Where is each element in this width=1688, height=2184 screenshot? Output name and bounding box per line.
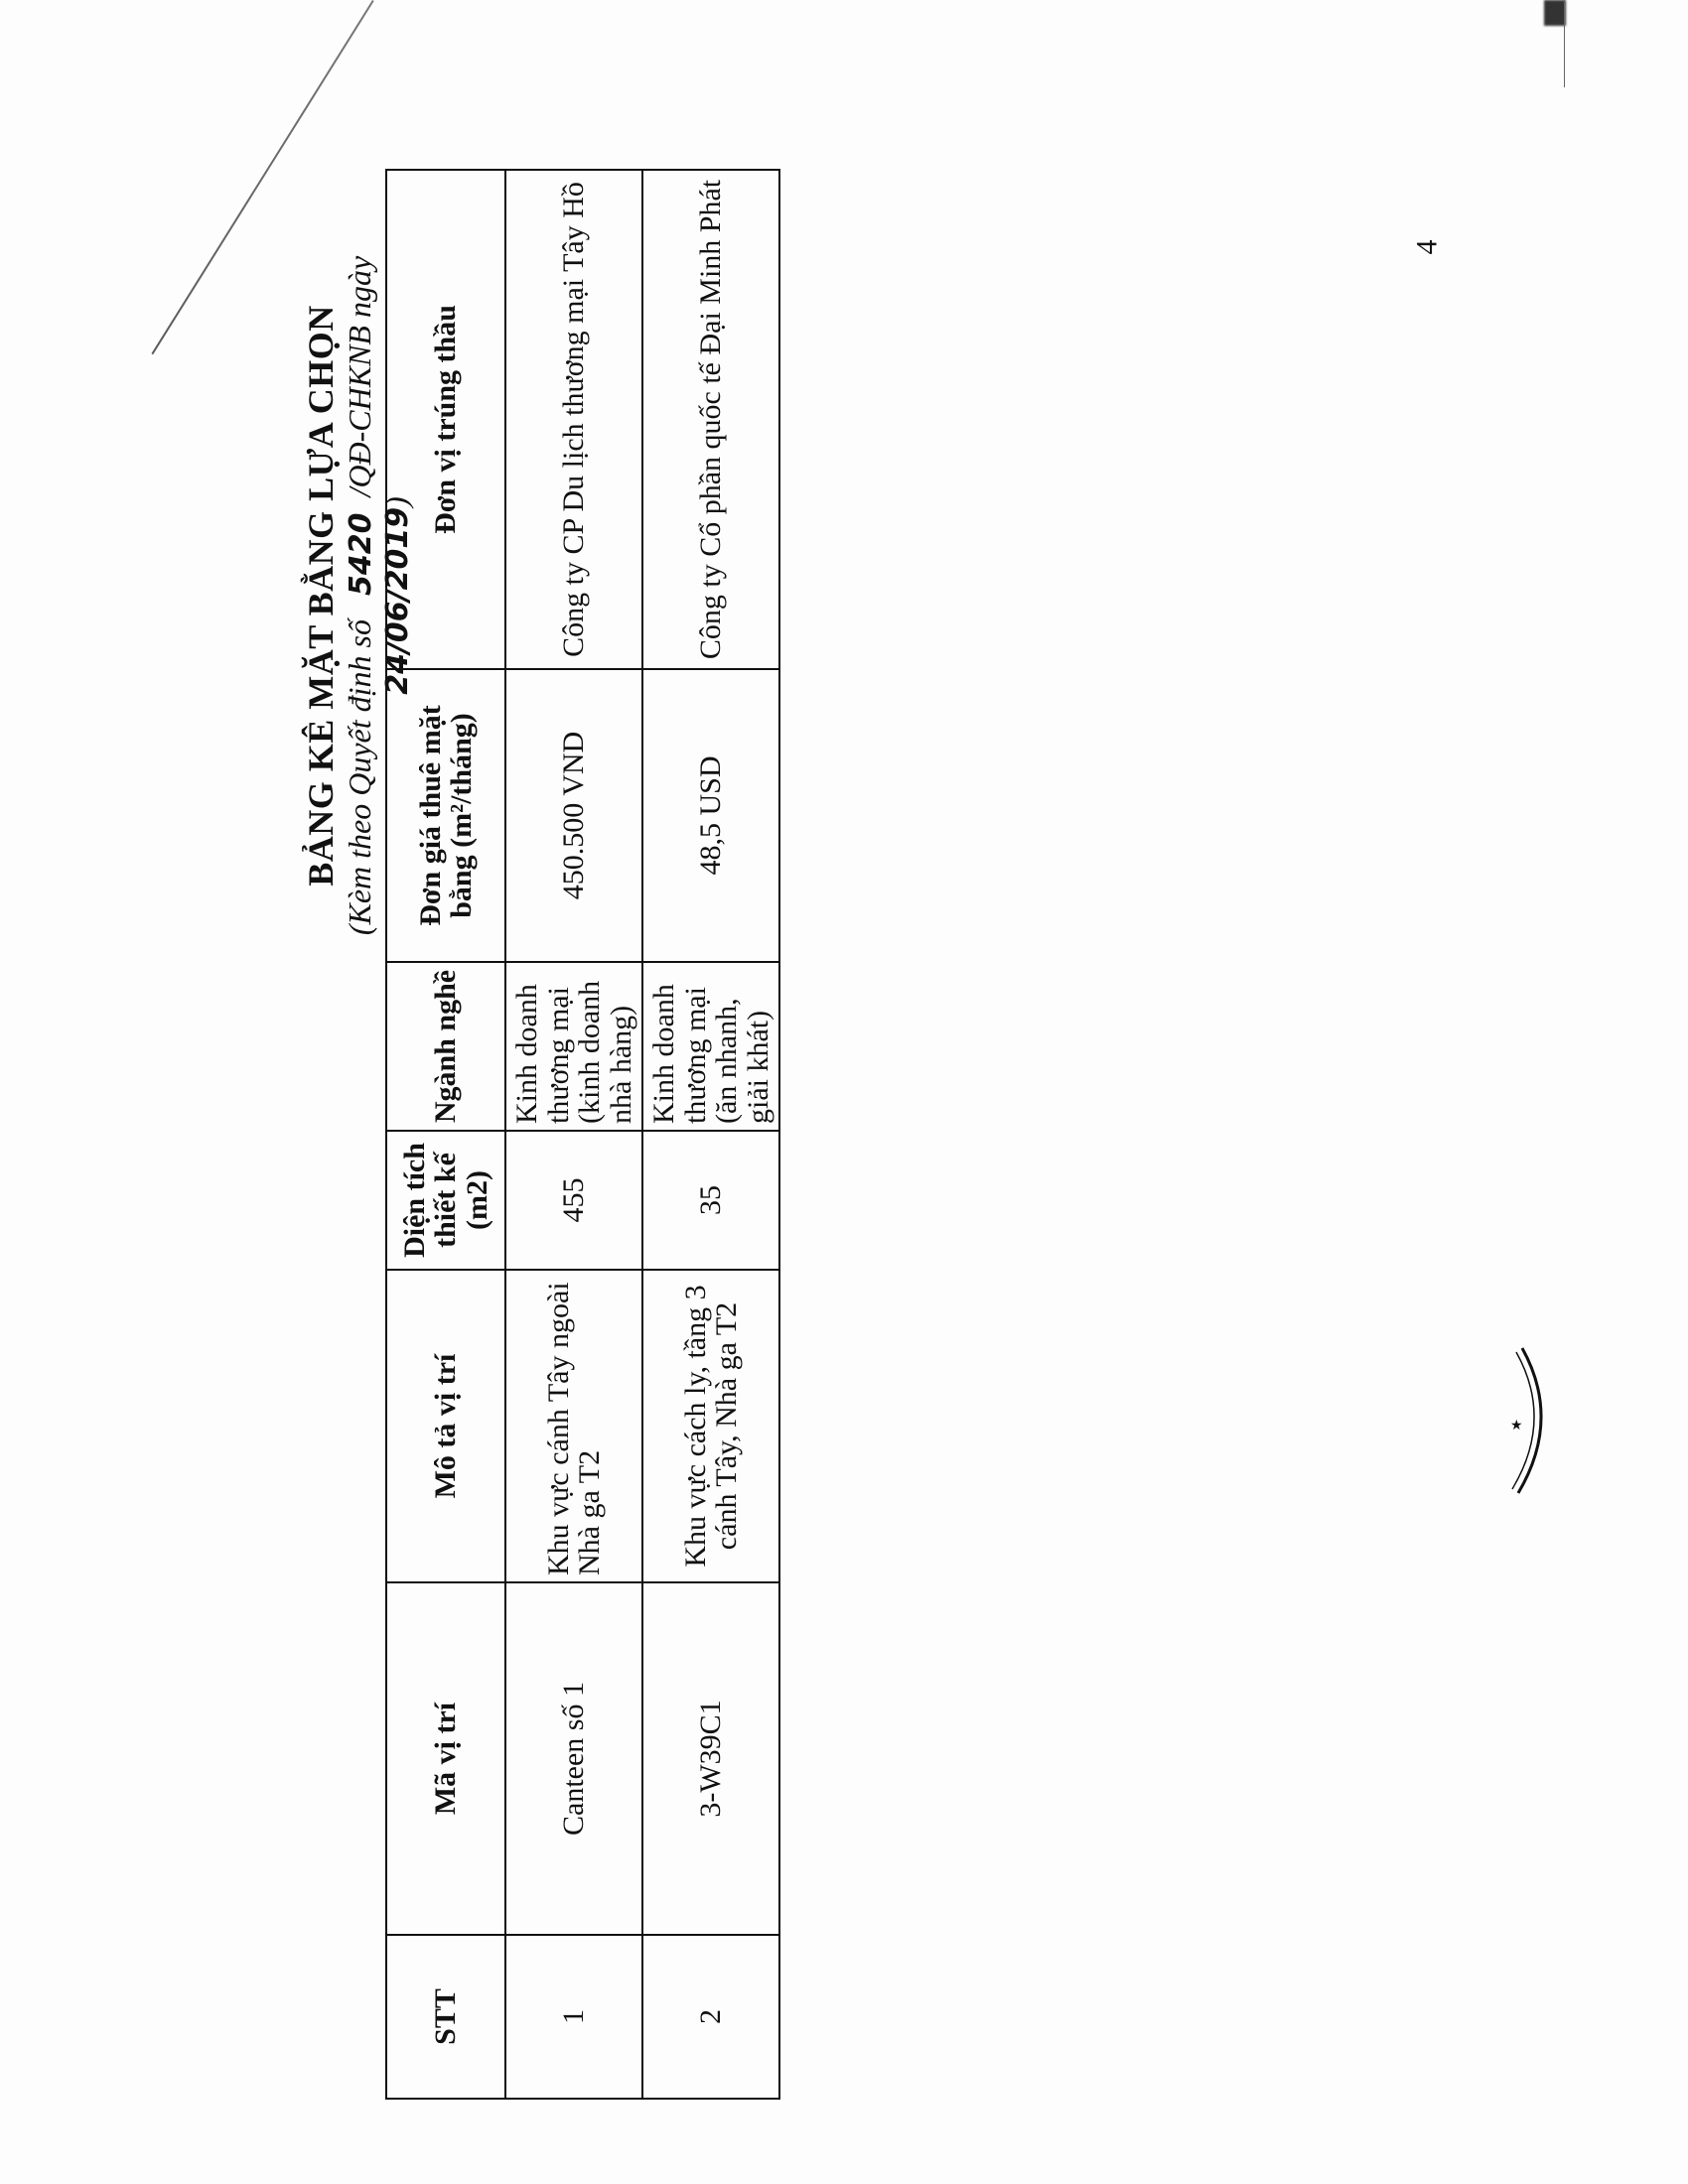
decision-number: 5420	[344, 513, 378, 597]
cell-nganh-nghe: Kinh doanh thương mại (kinh doanh nhà hà…	[505, 962, 642, 1131]
cell-don-vi: Công ty CP Du lịch thương mại Tây Hồ	[505, 170, 642, 669]
document-title: BẢNG KÊ MẶT BẰNG LỰA CHỌN	[300, 164, 342, 2100]
cell-don-gia: 48,5 USD	[642, 669, 779, 962]
svg-text:★: ★	[1510, 1419, 1523, 1433]
cell-don-vi: Công ty Cổ phần quốc tế Đại Minh Phát	[642, 170, 779, 669]
scan-corner-mark	[1544, 0, 1566, 26]
page-number: 4	[1411, 240, 1445, 255]
scan-edge-line	[1564, 0, 1565, 87]
cell-dien-tich: 35	[642, 1131, 779, 1270]
cell-stt: 2	[642, 1935, 779, 2099]
document-subtitle: (Kèm theo Quyết định số 5420 /QĐ-CHKNB n…	[342, 164, 415, 2100]
premises-table: STT Mã vị trí Mô tả vị trí Diện tích thi…	[385, 169, 780, 2100]
cell-stt: 1	[505, 1935, 642, 2099]
rotated-page-content: BẢNG KÊ MẶT BẰNG LỰA CHỌN (Kèm theo Quyế…	[298, 164, 780, 2100]
table-row: 1 Canteen số 1 Khu vực cánh Tây ngoài Nh…	[505, 170, 642, 2099]
cell-ma-vi-tri: Canteen số 1	[505, 1582, 642, 1935]
table-row: 2 3-W39C1 Khu vực cách ly, tầng 3 cánh T…	[642, 170, 779, 2099]
subtitle-suffix: )	[378, 496, 414, 507]
cell-mo-ta: Khu vực cánh Tây ngoài Nhà ga T2	[505, 1270, 642, 1582]
cell-don-gia: 450.500 VND	[505, 669, 642, 962]
cell-nganh-nghe: Kinh doanh thương mại (ăn nhanh, giải kh…	[642, 962, 779, 1131]
decision-date: 24/06/2019	[380, 507, 415, 695]
title-block: BẢNG KÊ MẶT BẰNG LỰA CHỌN (Kèm theo Quyế…	[298, 164, 385, 2100]
cell-ma-vi-tri: 3-W39C1	[642, 1582, 779, 1935]
cell-mo-ta: Khu vực cách ly, tầng 3 cánh Tây, Nhà ga…	[642, 1270, 779, 1582]
cell-dien-tich: 455	[505, 1131, 642, 1270]
seal-stamp-icon: ★	[1504, 1340, 1564, 1499]
subtitle-mid: /QĐ-CHKNB ngày	[342, 256, 377, 497]
subtitle-prefix: (Kèm theo Quyết định số	[342, 619, 377, 935]
